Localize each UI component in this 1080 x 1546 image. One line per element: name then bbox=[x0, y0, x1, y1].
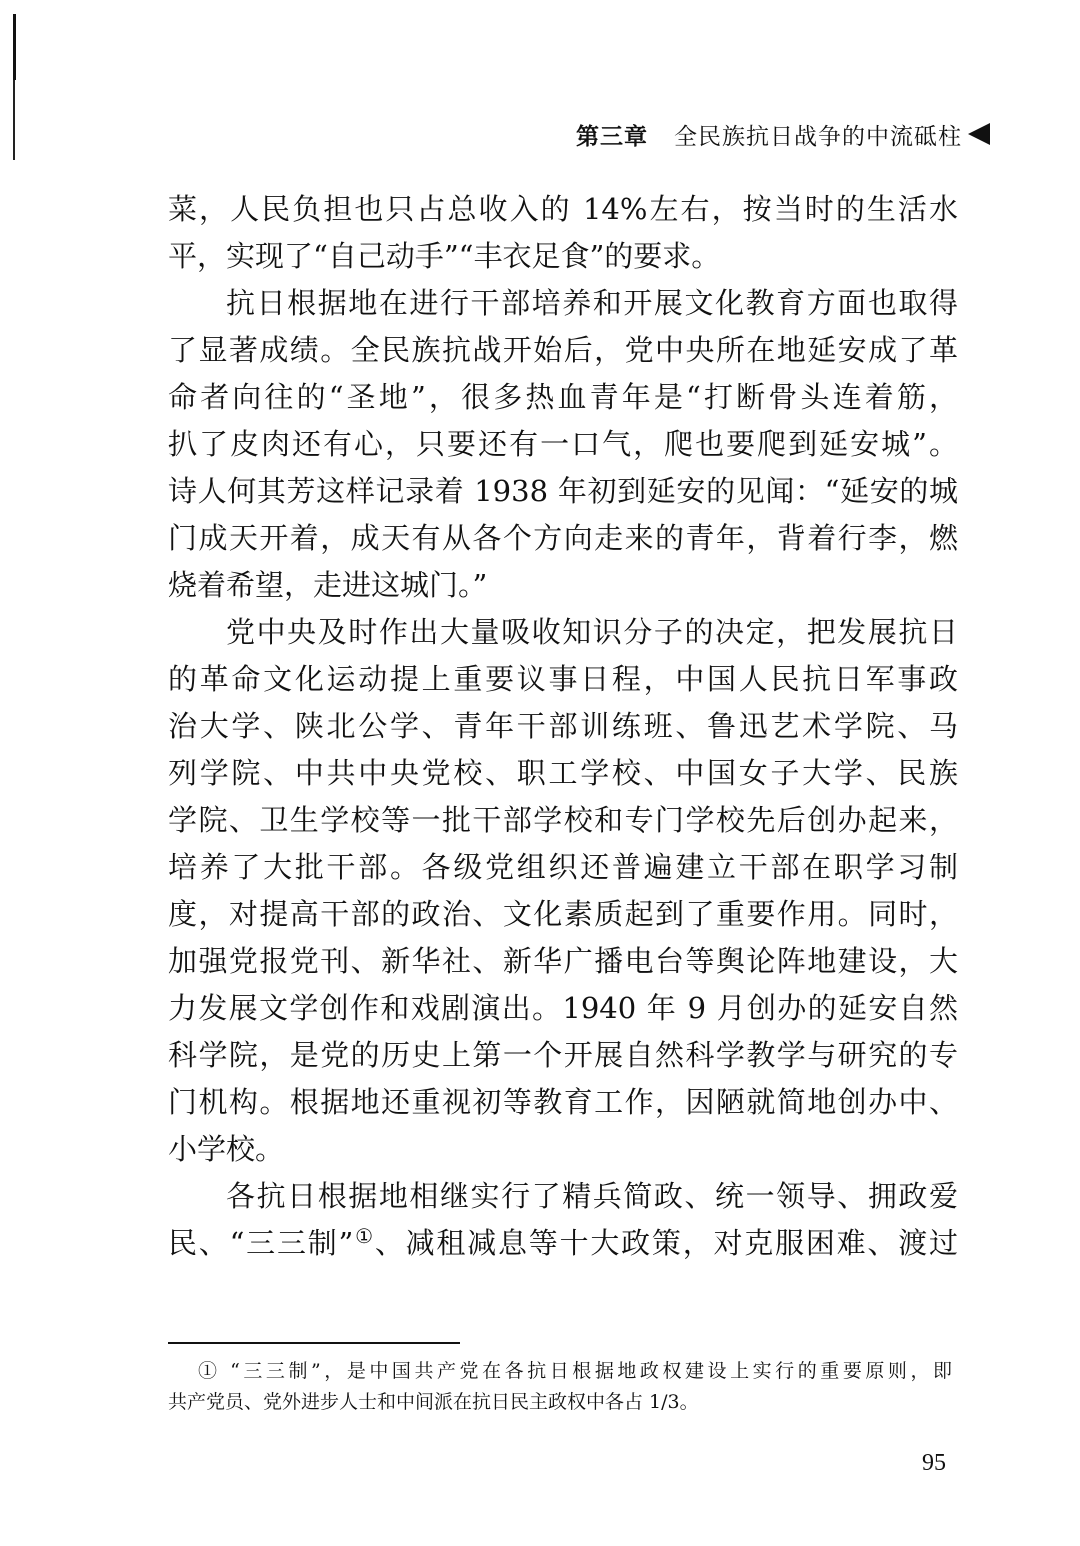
text-line: 了显著成绩。全民族抗战开始后，党中央所在地延安成了革 bbox=[168, 327, 958, 374]
text-line: 治大学、陕北公学、青年干部训练班、鲁迅艺术学院、马 bbox=[168, 703, 958, 750]
text-line: 扒了皮肉还有心，只要还有一口气，爬也要爬到延安城”。 bbox=[168, 421, 958, 468]
footnote-line: ① “三三制”，是中国共产党在各抗日根据地政权建设上实行的重要原则，即 bbox=[168, 1356, 952, 1387]
footnote-reference[interactable]: ① bbox=[353, 1224, 375, 1248]
body-text: 菜，人民负担也只占总收入的 14%左右，按当时的生活水 平，实现了“自己动手”“… bbox=[168, 186, 958, 1267]
text-line: 诗人何其芳这样记录着 1938 年初到延安的见闻：“延安的城 bbox=[168, 468, 958, 515]
chapter-title: 全民族抗日战争的中流砥柱 bbox=[674, 118, 962, 151]
text-line: 烧着希望，走进这城门。” bbox=[168, 562, 958, 609]
text-line: 度，对提高干部的政治、文化素质起到了重要作用。同时， bbox=[168, 891, 958, 938]
text-segment: 民、“三三制” bbox=[168, 1226, 353, 1260]
page-number: 95 bbox=[922, 1450, 946, 1477]
text-line: 学院、卫生学校等一批干部学校和专门学校先后创办起来， bbox=[168, 797, 958, 844]
text-line: 科学院，是党的历史上第一个开展自然科学教学与研究的专 bbox=[168, 1032, 958, 1079]
text-line: 抗日根据地在进行干部培养和开展文化教育方面也取得 bbox=[168, 280, 958, 327]
footnote-line: 共产党员、党外进步人士和中间派在抗日民主政权中各占 1/3。 bbox=[168, 1387, 952, 1418]
text-line: 命者向往的“圣地”，很多热血青年是“打断骨头连着筋， bbox=[168, 374, 958, 421]
text-line: 力发展文学创作和戏剧演出。1940 年 9 月创办的延安自然 bbox=[168, 985, 958, 1032]
text-line: 党中央及时作出大量吸收知识分子的决定，把发展抗日 bbox=[168, 609, 958, 656]
text-line: 平，实现了“自己动手”“丰衣足食”的要求。 bbox=[168, 233, 958, 280]
text-line: 培养了大批干部。各级党组织还普遍建立干部在职学习制 bbox=[168, 844, 958, 891]
text-line: 列学院、中共中央党校、职工学校、中国女子大学、民族 bbox=[168, 750, 958, 797]
text-segment: 、减租减息等十大政策，对克服困难、渡过 bbox=[375, 1226, 958, 1260]
footnote-divider bbox=[168, 1342, 460, 1344]
text-line: 的革命文化运动提上重要议事日程，中国人民抗日军事政 bbox=[168, 656, 958, 703]
footnote: ① “三三制”，是中国共产党在各抗日根据地政权建设上实行的重要原则，即 共产党员… bbox=[168, 1356, 952, 1418]
left-triangle-icon bbox=[968, 123, 990, 145]
binding-edge-shadow bbox=[13, 14, 16, 80]
text-line-with-footnote: 民、“三三制”①、减租减息等十大政策，对克服困难、渡过 bbox=[168, 1220, 958, 1267]
text-line: 各抗日根据地相继实行了精兵简政、统一领导、拥政爱 bbox=[168, 1173, 958, 1220]
running-header: 第三章 全民族抗日战争的中流砥柱 bbox=[560, 114, 990, 154]
chapter-number: 第三章 bbox=[576, 118, 648, 151]
text-line: 门成天开着，成天有从各个方向走来的青年，背着行李，燃 bbox=[168, 515, 958, 562]
text-line: 菜，人民负担也只占总收入的 14%左右，按当时的生活水 bbox=[168, 186, 958, 233]
text-line: 小学校。 bbox=[168, 1126, 958, 1173]
text-line: 门机构。根据地还重视初等教育工作，因陋就简地创办中、 bbox=[168, 1079, 958, 1126]
text-line: 加强党报党刊、新华社、新华广播电台等舆论阵地建设，大 bbox=[168, 938, 958, 985]
